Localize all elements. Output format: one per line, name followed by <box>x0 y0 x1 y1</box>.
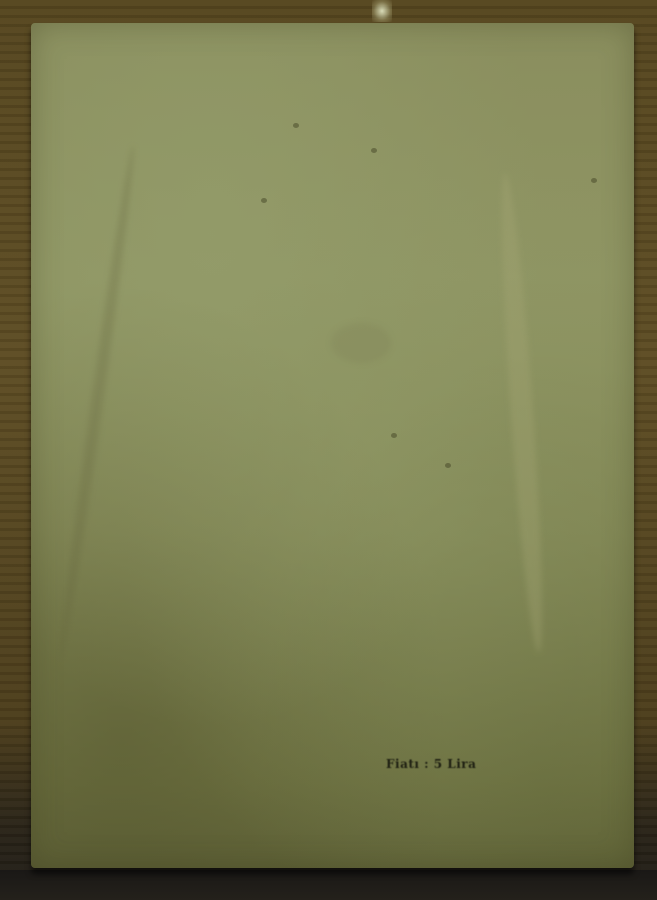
cover-crease <box>55 145 139 662</box>
cover-stain <box>331 323 391 363</box>
light-glare <box>372 0 392 22</box>
cover-spot <box>391 433 397 438</box>
table-shadow <box>0 870 657 900</box>
cover-crease <box>494 173 549 653</box>
price-label: Fiatı : 5 Lira <box>386 757 476 771</box>
cover-spot <box>293 123 299 128</box>
cover-spot <box>371 148 377 153</box>
cover-spot <box>591 178 597 183</box>
cover-spot <box>445 463 451 468</box>
book-back-cover: Fiatı : 5 Lira <box>31 23 634 868</box>
cover-spot <box>261 198 267 203</box>
